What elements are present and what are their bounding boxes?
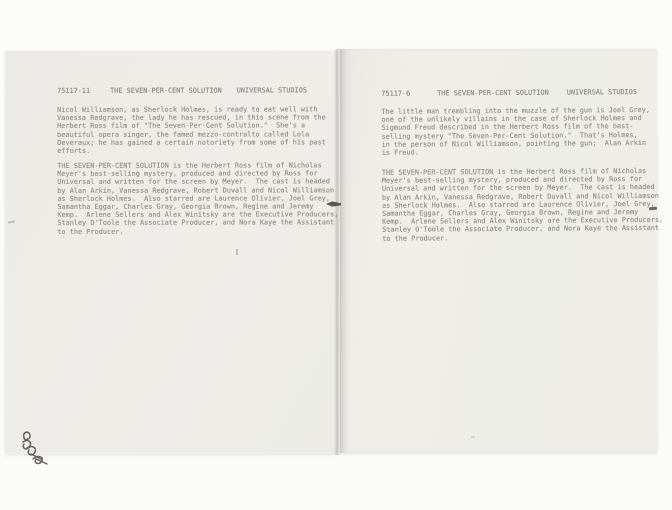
caption-paragraph: Nicol Williamson, as Sherlock Holmes, is…: [57, 105, 326, 155]
caption-sheet-left: 75117-11 THE SEVEN-PER-CENT SOLUTION UNI…: [5, 51, 337, 454]
handwritten-scribble-icon: [17, 428, 55, 468]
still-code: 75117-6: [381, 90, 410, 98]
film-title: THE SEVEN-PER-CENT SOLUTION: [110, 87, 222, 95]
studio-name: UNIVERSAL STUDIOS: [237, 86, 307, 94]
scanned-caption-sheets: 75117-11 THE SEVEN-PER-CENT SOLUTION UNI…: [0, 0, 672, 510]
credits-paragraph: THE SEVEN-PER-CENT SOLUTION is the Herbe…: [57, 161, 338, 235]
studio-name: UNIVERSAL STUDIOS: [567, 88, 637, 97]
credits-paragraph: THE SEVEN-PER-CENT SOLUTION is the Herbe…: [382, 167, 663, 243]
film-title: THE SEVEN-PER-CENT SOLUTION: [437, 89, 549, 98]
page-header: 75117-6 THE SEVEN-PER-CENT SOLUTION UNIV…: [381, 88, 637, 98]
page-fold-shadow: [334, 49, 342, 455]
stray-speck: [471, 436, 475, 438]
caption-sheet-right: 75117-6 THE SEVEN-PER-CENT SOLUTION UNIV…: [340, 49, 657, 453]
page-header: 75117-11 THE SEVEN-PER-CENT SOLUTION UNI…: [57, 86, 307, 95]
stray-speck: [236, 249, 238, 255]
margin-arrow-icon: [326, 201, 341, 207]
still-code: 75117-11: [57, 87, 90, 95]
margin-tick-icon: [649, 207, 657, 211]
caption-paragraph: The little man trembling into the muzzle…: [381, 106, 650, 157]
